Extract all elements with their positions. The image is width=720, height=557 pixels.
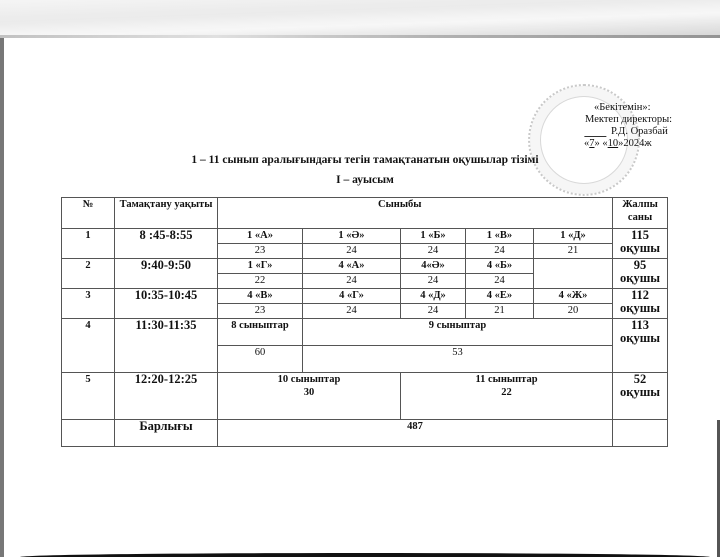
class-count: 21 <box>466 304 534 319</box>
group-cell: 11 сыныптар22 <box>401 373 613 420</box>
row-num: 5 <box>62 373 115 420</box>
header-classes: Сыныбы <box>218 198 613 229</box>
header-total: Жалпы саны <box>613 198 668 229</box>
class-count: 23 <box>218 244 303 259</box>
group-count: 22 <box>501 387 512 398</box>
group-count: 53 <box>303 346 613 373</box>
class-label: 1 «Ә» <box>303 229 401 244</box>
class-count: 23 <box>218 304 303 319</box>
director-name: Р.Д. Оразбай <box>611 126 668 137</box>
class-count: 24 <box>303 244 401 259</box>
class-count: 24 <box>401 244 466 259</box>
class-count: 24 <box>303 304 401 319</box>
total-unit: оқушы <box>620 241 660 255</box>
total-unit: оқушы <box>620 385 660 399</box>
class-count: 24 <box>401 274 466 289</box>
meal-schedule-table: № Тамақтану уақыты Сыныбы Жалпы саны 1 8… <box>61 197 668 447</box>
class-count: 24 <box>466 274 534 289</box>
table-header-row: № Тамақтану уақыты Сыныбы Жалпы саны <box>62 198 668 229</box>
class-label-empty <box>534 259 613 289</box>
row-total: 95оқушы <box>613 259 668 289</box>
summary-label: Барлығы <box>115 420 218 447</box>
group-label: 8 сыныптар <box>218 319 303 346</box>
total-value: 112 <box>631 288 649 302</box>
class-count: 22 <box>218 274 303 289</box>
class-label: 1 «В» <box>466 229 534 244</box>
class-label: 4 «Е» <box>466 289 534 304</box>
class-label: 4 «Ж» <box>534 289 613 304</box>
class-label: 4 «Д» <box>401 289 466 304</box>
scan-artifact-top <box>0 0 720 38</box>
class-label: 4 «Б» <box>466 259 534 274</box>
header-num: № <box>62 198 115 229</box>
table-row: 2 9:40-9:50 1 «Г» 4 «А» 4«Ә» 4 «Б» 95оқу… <box>62 259 668 274</box>
class-label: 4 «А» <box>303 259 401 274</box>
group-count: 30 <box>304 387 315 398</box>
class-count: 24 <box>401 304 466 319</box>
summary-row: Барлығы 487 <box>62 420 668 447</box>
class-count: 20 <box>534 304 613 319</box>
row-num: 2 <box>62 259 115 289</box>
row-num: 4 <box>62 319 115 373</box>
table-row: 3 10:35-10:45 4 «В» 4 «Г» 4 «Д» 4 «Е» 4 … <box>62 289 668 304</box>
approval-line2: Мектеп директоры: <box>578 114 718 126</box>
summary-value: 487 <box>218 420 613 447</box>
date-year: »2024ж <box>618 138 652 149</box>
approval-date: «7» «10»2024ж <box>578 138 718 150</box>
group-count: 60 <box>218 346 303 373</box>
total-value: 115 <box>631 228 649 242</box>
total-value: 95 <box>634 258 647 272</box>
row-time: 12:20-12:25 <box>115 373 218 420</box>
approval-signature-line: Р.Д. Оразбай <box>578 126 718 138</box>
row-time: 10:35-10:45 <box>115 289 218 319</box>
class-label: 4«Ә» <box>401 259 466 274</box>
total-unit: оқушы <box>620 301 660 315</box>
row-total: 113оқушы <box>613 319 668 373</box>
row-time: 8 :45-8:55 <box>115 229 218 259</box>
table-row: 4 11:30-11:35 8 сыныптар 9 сыныптар 113о… <box>62 319 668 346</box>
summary-total-empty <box>613 420 668 447</box>
document-subtitle: І – ауысым <box>150 174 580 186</box>
document-title: 1 – 11 сынып аралығындағы тегін тамақтан… <box>150 154 580 166</box>
row-total: 52оқушы <box>613 373 668 420</box>
group-cell: 10 сыныптар30 <box>218 373 401 420</box>
row-total: 112оқушы <box>613 289 668 319</box>
table-row: 5 12:20-12:25 10 сыныптар30 11 сыныптар2… <box>62 373 668 420</box>
group-label: 11 сыныптар <box>475 374 537 385</box>
table-row: 1 8 :45-8:55 1 «А» 1 «Ә» 1 «Б» 1 «В» 1 «… <box>62 229 668 244</box>
signature-icon <box>584 127 610 137</box>
total-value: 52 <box>634 372 647 386</box>
header-time: Тамақтану уақыты <box>115 198 218 229</box>
class-label: 1 «А» <box>218 229 303 244</box>
total-value: 113 <box>631 318 649 332</box>
total-unit: оқушы <box>620 271 660 285</box>
class-label: 1 «Б» <box>401 229 466 244</box>
approval-line1: «Бекітемін»: <box>578 102 718 114</box>
class-label: 1 «Г» <box>218 259 303 274</box>
row-num: 1 <box>62 229 115 259</box>
scan-artifact-bottom <box>20 553 710 557</box>
row-time: 9:40-9:50 <box>115 259 218 289</box>
group-label: 10 сыныптар <box>278 374 341 385</box>
class-label: 4 «Г» <box>303 289 401 304</box>
scan-artifact-left <box>0 38 4 557</box>
date-day: 7 <box>589 138 594 149</box>
row-total: 115оқушы <box>613 229 668 259</box>
approval-block: «Бекітемін»: Мектеп директоры: Р.Д. Ораз… <box>578 102 718 150</box>
total-unit: оқушы <box>620 331 660 345</box>
date-month: 10 <box>608 138 619 149</box>
class-count: 24 <box>466 244 534 259</box>
class-label: 1 «Д» <box>534 229 613 244</box>
row-num: 3 <box>62 289 115 319</box>
class-count: 24 <box>303 274 401 289</box>
summary-empty <box>62 420 115 447</box>
class-label: 4 «В» <box>218 289 303 304</box>
group-label: 9 сыныптар <box>303 319 613 346</box>
class-count: 21 <box>534 244 613 259</box>
row-time: 11:30-11:35 <box>115 319 218 373</box>
